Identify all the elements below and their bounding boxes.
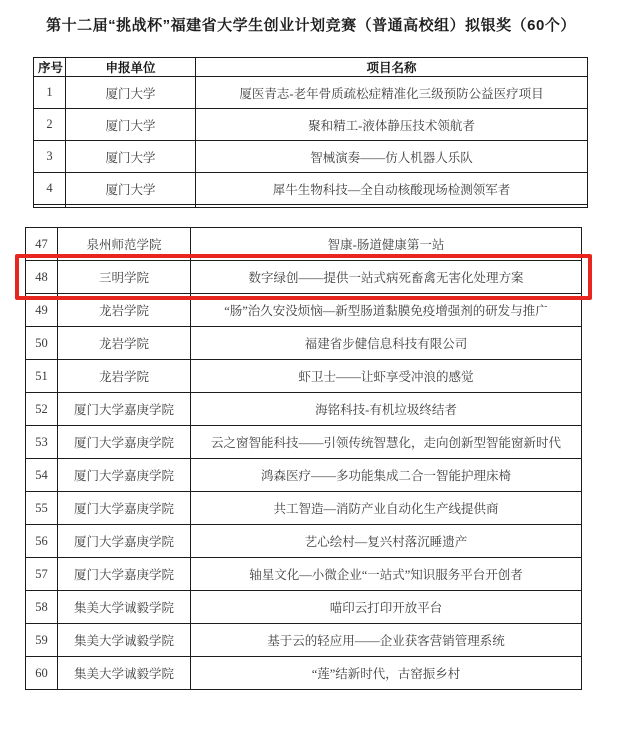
cell-no: 50 xyxy=(26,327,58,360)
cell-unit: 集美大学诚毅学院 xyxy=(58,657,191,690)
cell-no: 47 xyxy=(26,228,58,261)
table-row: 1 厦门大学 厦医青志-老年骨质疏松症精准化三级预防公益医疗项目 xyxy=(34,77,588,109)
cell-no: 60 xyxy=(26,657,58,690)
col-header-unit: 申报单位 xyxy=(66,58,196,77)
cell-no: 57 xyxy=(26,558,58,591)
cell-no: 52 xyxy=(26,393,58,426)
table-row: 50 龙岩学院 福建省步健信息科技有限公司 xyxy=(26,327,582,360)
table-row: 58 集美大学诚毅学院 喵印云打印开放平台 xyxy=(26,591,582,624)
cell-project: “莲”结新时代，古窑振乡村 xyxy=(191,657,582,690)
cell-unit: 厦门大学嘉庚学院 xyxy=(58,558,191,591)
cell-no: 56 xyxy=(26,525,58,558)
cell-no: 51 xyxy=(26,360,58,393)
cell-project: 福建省步健信息科技有限公司 xyxy=(191,327,582,360)
cell-no: 4 xyxy=(34,173,66,205)
table-header-row: 序号 申报单位 项目名称 xyxy=(34,58,588,77)
table-row: 53 厦门大学嘉庚学院 云之窗智能科技——引领传统智慧化，走向创新型智能窗新时代 xyxy=(26,426,582,459)
cell-unit: 集美大学诚毅学院 xyxy=(58,624,191,657)
cell-unit: 厦门大学 xyxy=(66,109,196,141)
cell-project: 轴星文化—小微企业“一站式”知识服务平台开创者 xyxy=(191,558,582,591)
cell-unit: 厦门大学嘉庚学院 xyxy=(58,525,191,558)
cell-no: 49 xyxy=(26,294,58,327)
table-row: 47 泉州师范学院 智康-肠道健康第一站 xyxy=(26,228,582,261)
cell-unit: 厦门大学 xyxy=(66,141,196,173)
col-header-project: 项目名称 xyxy=(196,58,588,77)
cell-project: 厦医青志-老年骨质疏松症精准化三级预防公益医疗项目 xyxy=(196,77,588,109)
cell-no: 58 xyxy=(26,591,58,624)
cell-project: 喵印云打印开放平台 xyxy=(191,591,582,624)
cell-unit: 厦门大学嘉庚学院 xyxy=(58,426,191,459)
cell-unit: 龙岩学院 xyxy=(58,327,191,360)
cell-project: 艺心绘村—复兴村落沉睡遗产 xyxy=(191,525,582,558)
cell-project: 共工智造—消防产业自动化生产线提供商 xyxy=(191,492,582,525)
table-cutoff-stub xyxy=(34,205,588,208)
cell-no: 1 xyxy=(34,77,66,109)
cell-no: 48 xyxy=(26,261,58,294)
cell-project: “肠”治久安没烦恼—新型肠道黏膜免疫增强剂的研发与推广 xyxy=(191,294,582,327)
cell-project: 数字绿创——提供一站式病死畜禽无害化处理方案 xyxy=(191,261,582,294)
award-table-bottom: 47 泉州师范学院 智康-肠道健康第一站 48 三明学院 数字绿创——提供一站式… xyxy=(25,227,582,690)
cell-unit: 厦门大学嘉庚学院 xyxy=(58,492,191,525)
cell-no: 55 xyxy=(26,492,58,525)
cell-project: 云之窗智能科技——引领传统智慧化，走向创新型智能窗新时代 xyxy=(191,426,582,459)
cell-unit: 厦门大学 xyxy=(66,173,196,205)
table-row: 57 厦门大学嘉庚学院 轴星文化—小微企业“一站式”知识服务平台开创者 xyxy=(26,558,582,591)
cell-unit: 泉州师范学院 xyxy=(58,228,191,261)
cell-project: 智械演奏——仿人机器人乐队 xyxy=(196,141,588,173)
award-table-top: 序号 申报单位 项目名称 1 厦门大学 厦医青志-老年骨质疏松症精准化三级预防公… xyxy=(33,57,588,208)
cell-unit: 厦门大学 xyxy=(66,77,196,109)
table-row: 2 厦门大学 聚和精工-液体静压技术领航者 xyxy=(34,109,588,141)
cell-unit: 厦门大学嘉庚学院 xyxy=(58,459,191,492)
cell-project: 鸿森医疗——多功能集成二合一智能护理床椅 xyxy=(191,459,582,492)
cell-no: 53 xyxy=(26,426,58,459)
table-row: 60 集美大学诚毅学院 “莲”结新时代，古窑振乡村 xyxy=(26,657,582,690)
cell-unit: 厦门大学嘉庚学院 xyxy=(58,393,191,426)
table-row: 51 龙岩学院 虾卫士——让虾享受冲浪的感觉 xyxy=(26,360,582,393)
cell-unit: 龙岩学院 xyxy=(58,360,191,393)
table-row: 55 厦门大学嘉庚学院 共工智造—消防产业自动化生产线提供商 xyxy=(26,492,582,525)
table-row: 52 厦门大学嘉庚学院 海铭科技-有机垃圾终结者 xyxy=(26,393,582,426)
table-row: 3 厦门大学 智械演奏——仿人机器人乐队 xyxy=(34,141,588,173)
document-page: 第十二届“挑战杯”福建省大学生创业计划竞赛（普通高校组）拟银奖（60个） 序号 … xyxy=(0,0,622,733)
table-row: 49 龙岩学院 “肠”治久安没烦恼—新型肠道黏膜免疫增强剂的研发与推广 xyxy=(26,294,582,327)
table-row: 56 厦门大学嘉庚学院 艺心绘村—复兴村落沉睡遗产 xyxy=(26,525,582,558)
cell-unit: 集美大学诚毅学院 xyxy=(58,591,191,624)
cell-project: 聚和精工-液体静压技术领航者 xyxy=(196,109,588,141)
cell-no: 59 xyxy=(26,624,58,657)
table-row-highlighted: 48 三明学院 数字绿创——提供一站式病死畜禽无害化处理方案 xyxy=(26,261,582,294)
cell-project: 智康-肠道健康第一站 xyxy=(191,228,582,261)
cell-unit: 龙岩学院 xyxy=(58,294,191,327)
col-header-no: 序号 xyxy=(34,58,66,77)
cell-no: 54 xyxy=(26,459,58,492)
cell-unit: 三明学院 xyxy=(58,261,191,294)
cell-no: 3 xyxy=(34,141,66,173)
cell-project: 海铭科技-有机垃圾终结者 xyxy=(191,393,582,426)
page-title: 第十二届“挑战杯”福建省大学生创业计划竞赛（普通高校组）拟银奖（60个） xyxy=(0,14,622,35)
cell-project: 犀牛生物科技—全自动核酸现场检测领军者 xyxy=(196,173,588,205)
cell-project: 虾卫士——让虾享受冲浪的感觉 xyxy=(191,360,582,393)
cell-no: 2 xyxy=(34,109,66,141)
table-row: 54 厦门大学嘉庚学院 鸿森医疗——多功能集成二合一智能护理床椅 xyxy=(26,459,582,492)
table-row: 59 集美大学诚毅学院 基于云的轻应用——企业获客营销管理系统 xyxy=(26,624,582,657)
table-row: 4 厦门大学 犀牛生物科技—全自动核酸现场检测领军者 xyxy=(34,173,588,205)
cell-project: 基于云的轻应用——企业获客营销管理系统 xyxy=(191,624,582,657)
